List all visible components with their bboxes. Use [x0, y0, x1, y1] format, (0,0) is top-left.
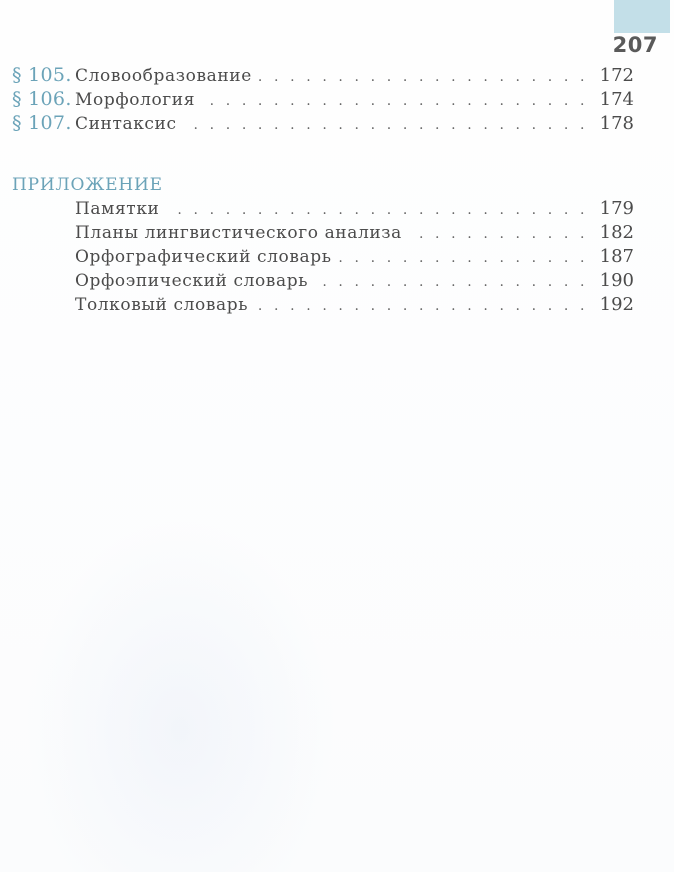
dot-leader: . . . . . . . . . . . . . . . . . . . . …	[314, 274, 596, 290]
section-number: § 107.	[12, 112, 75, 134]
toc-entry[interactable]: Орфографический словарь . . . . . . . . …	[75, 246, 634, 270]
toc-title: Синтаксис	[75, 114, 183, 134]
toc-page-number: 190	[596, 270, 634, 291]
toc-page-number: 192	[596, 294, 634, 315]
toc-title: Словообразование	[75, 66, 258, 86]
dot-leader: . . . . . . . . . . . . . . . . . . . . …	[201, 93, 596, 109]
toc-entry[interactable]: § 105. Словообразование . . . . . . . . …	[12, 64, 634, 88]
toc-title: Орфографический словарь	[75, 247, 338, 267]
toc-page-number: 172	[596, 65, 634, 86]
page-corner-tab	[614, 0, 670, 33]
dot-leader: . . . . . . . . . . . . . . . . . . . . …	[338, 250, 596, 266]
toc-title: Памятки	[75, 199, 165, 219]
page-number: 207	[613, 33, 658, 57]
toc-page-number: 182	[596, 222, 634, 243]
toc-title: Морфология	[75, 90, 201, 110]
section-number: § 105.	[12, 64, 75, 86]
toc-entry[interactable]: Планы лингвистического анализа . . . . .…	[75, 222, 634, 246]
dot-leader: . . . . . . . . . . . . . . . . . . . . …	[165, 202, 596, 218]
toc-entry[interactable]: Памятки . . . . . . . . . . . . . . . . …	[75, 198, 634, 222]
dot-leader: . . . . . . . . . . . . . . . . . . . . …	[408, 226, 596, 242]
dot-leader: . . . . . . . . . . . . . . . . . . . . …	[254, 298, 596, 314]
toc-entry[interactable]: Орфоэпический словарь . . . . . . . . . …	[75, 270, 634, 294]
toc-page-number: 187	[596, 246, 634, 267]
toc-title: Толковый словарь	[75, 295, 254, 315]
toc-title: Планы лингвистического анализа	[75, 223, 408, 243]
dot-leader: . . . . . . . . . . . . . . . . . . . . …	[258, 69, 596, 85]
toc-entry[interactable]: § 107. Синтаксис . . . . . . . . . . . .…	[12, 112, 634, 136]
toc-page-number: 179	[596, 198, 634, 219]
toc-entry[interactable]: Толковый словарь . . . . . . . . . . . .…	[75, 294, 634, 318]
dot-leader: . . . . . . . . . . . . . . . . . . . . …	[183, 117, 596, 133]
toc-title: Орфоэпический словарь	[75, 271, 314, 291]
section-number: § 106.	[12, 88, 75, 110]
toc-page-number: 174	[596, 89, 634, 110]
toc-entry[interactable]: § 106. Морфология . . . . . . . . . . . …	[12, 88, 634, 112]
toc-page-number: 178	[596, 113, 634, 134]
appendix-heading: ПРИЛОЖЕНИЕ	[12, 175, 163, 195]
